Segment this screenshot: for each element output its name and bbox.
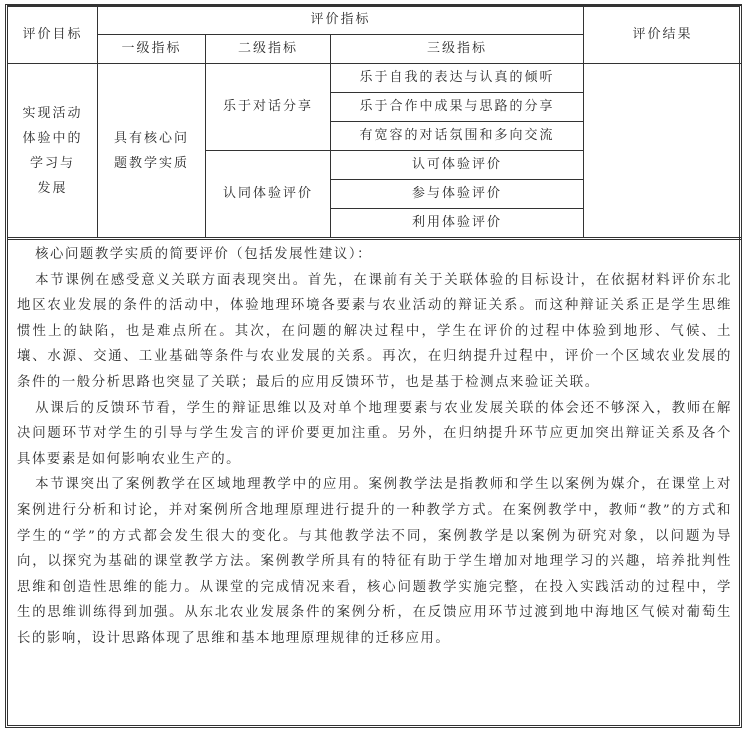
goal-cell: 实现活动 体验中的 学习与 发展 xyxy=(8,64,98,238)
header-level2: 二级指标 xyxy=(206,35,331,64)
level3-cell: 乐于合作中成果与思路的分享 xyxy=(331,93,584,122)
level3-cell: 利用体验评价 xyxy=(331,209,584,238)
header-indicators: 评价指标 xyxy=(98,6,584,35)
evaluation-comments: 核心问题教学实质的简要评价（包括发展性建议）： 本节课例在感受意义关联方面表现突… xyxy=(8,239,741,727)
header-result: 评价结果 xyxy=(584,6,742,64)
level2-cell: 认同体验评价 xyxy=(206,151,331,238)
header-row-1: 评价目标 评价指标 评价结果 xyxy=(8,6,742,35)
header-goal: 评价目标 xyxy=(8,6,98,64)
header-level3: 三级指标 xyxy=(331,35,584,64)
comments-heading: 核心问题教学实质的简要评价（包括发展性建议）： xyxy=(17,242,732,268)
goal-line: 学习与 xyxy=(8,151,97,176)
level1-cell: 具有核心问 题教学实质 xyxy=(98,64,206,238)
goal-line: 体验中的 xyxy=(8,126,97,151)
level1-line: 题教学实质 xyxy=(98,151,205,176)
comment-paragraph: 本节课例在感受意义关联方面表现突出。首先，在课前有关于关联体验的目标设计，在依据… xyxy=(17,268,732,396)
comment-paragraph: 本节课突出了案例教学在区域地理教学中的应用。案例教学法是指教师和学生以案例为媒介… xyxy=(17,472,732,651)
level1-line: 具有核心问 xyxy=(98,126,205,151)
level2-cell: 乐于对话分享 xyxy=(206,64,331,151)
table-row: 实现活动 体验中的 学习与 发展 具有核心问 题教学实质 乐于对话分享 乐于自我… xyxy=(8,64,742,93)
level3-cell: 乐于自我的表达与认真的倾听 xyxy=(331,64,584,93)
header-level1: 一级指标 xyxy=(98,35,206,64)
level3-cell: 有宽容的对话氛围和多向交流 xyxy=(331,122,584,151)
level3-cell: 认可体验评价 xyxy=(331,151,584,180)
level3-cell: 参与体验评价 xyxy=(331,180,584,209)
goal-line: 发展 xyxy=(8,176,97,201)
evaluation-table: 评价目标 评价指标 评价结果 一级指标 二级指标 三级指标 实现活动 体验中的 … xyxy=(7,5,742,238)
goal-line: 实现活动 xyxy=(8,101,97,126)
result-cell xyxy=(584,64,742,238)
comment-paragraph: 从课后的反馈环节看，学生的辩证思维以及对单个地理要素与农业发展关联的体会还不够深… xyxy=(17,396,732,473)
